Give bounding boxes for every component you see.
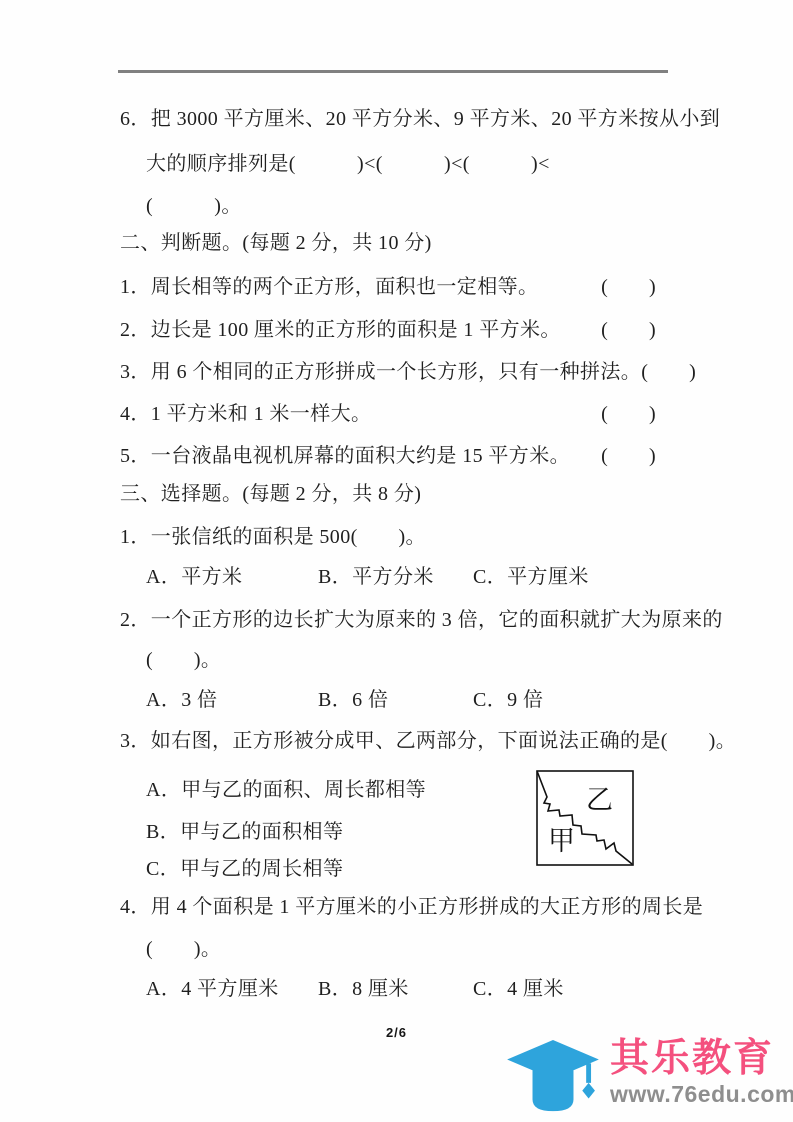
tf-item-3: 3．用 6 个相同的正方形拼成一个长方形，只有一种拼法。 ( ) — [120, 359, 656, 385]
mc-q4-option-c: C．4 厘米 — [473, 976, 564, 1002]
mc-q3-text: 3．如右图，正方形被分成甲、乙两部分，下面说法正确的是( )。 — [120, 728, 736, 754]
tf-answer-blank: ( ) — [601, 317, 656, 343]
header-rule — [118, 70, 668, 73]
tf-answer-blank: ( ) — [601, 401, 656, 427]
tf-item-1: 1．周长相等的两个正方形，面积也一定相等。 ( ) — [120, 274, 656, 300]
mc-q2-line2: ( )。 — [146, 647, 221, 673]
tf-item-4: 4．1 平方米和 1 米一样大。 ( ) — [120, 401, 656, 427]
mc-q2-option-a: A．3 倍 — [146, 687, 217, 713]
tf-item-text: 4．1 平方米和 1 米一样大。 — [120, 401, 371, 427]
graduation-cap-icon — [504, 1038, 602, 1118]
q6-line1: 6．把 3000 平方厘米、20 平方分米、9 平方米、20 平方米按从小到 — [120, 106, 720, 132]
mc-q1-option-a: A．平方米 — [146, 564, 242, 590]
mc-q4-line1: 4．用 4 个面积是 1 平方厘米的小正方形拼成的大正方形的周长是 — [120, 894, 703, 920]
mc-q2-option-b: B．6 倍 — [318, 687, 388, 713]
brand-name: 其乐教育 — [610, 1038, 793, 1080]
brand-logo: 其乐教育 www.76edu.com — [504, 1038, 793, 1118]
mc-q3-option-a: A．甲与乙的面积、周长都相等 — [146, 777, 426, 803]
mc-q1-text: 1．一张信纸的面积是 500( )。 — [120, 524, 426, 550]
brand-url: www.76edu.com — [610, 1082, 793, 1106]
tf-answer-blank: ( ) — [641, 359, 696, 385]
mc-q4-line2: ( )。 — [146, 936, 221, 962]
section3-title: 三、选择题。(每题 2 分，共 8 分) — [120, 481, 421, 507]
figure-label-yi: 乙 — [586, 785, 613, 815]
mc-q2-options: A．3 倍 B．6 倍 C．9 倍 — [146, 687, 686, 713]
section2-title: 二、判断题。(每题 2 分，共 10 分) — [120, 230, 432, 256]
mc-q4-options: A．4 平方厘米 B．8 厘米 C．4 厘米 — [146, 976, 686, 1002]
worksheet-page: 6．把 3000 平方厘米、20 平方分米、9 平方米、20 平方米按从小到 大… — [0, 0, 793, 1122]
tf-item-text: 2．边长是 100 厘米的正方形的面积是 1 平方米。 — [120, 317, 561, 343]
mc-q1-options: A．平方米 B．平方分米 C．平方厘米 — [146, 564, 686, 590]
mc-q3-option-b: B．甲与乙的面积相等 — [146, 819, 343, 845]
mc-q4-option-b: B．8 厘米 — [318, 976, 409, 1002]
mc-q2-line1: 2．一个正方形的边长扩大为原来的 3 倍，它的面积就扩大为原来的 — [120, 607, 723, 633]
brand-texts: 其乐教育 www.76edu.com — [610, 1038, 793, 1106]
tf-item-text: 1．周长相等的两个正方形，面积也一定相等。 — [120, 274, 538, 300]
q6-line2: 大的顺序排列是( )<( )<( )< — [146, 151, 550, 177]
tf-item-2: 2．边长是 100 厘米的正方形的面积是 1 平方米。 ( ) — [120, 317, 656, 343]
tf-answer-blank: ( ) — [601, 443, 656, 469]
mc-q1-option-c: C．平方厘米 — [473, 564, 589, 590]
tf-item-text: 3．用 6 个相同的正方形拼成一个长方形，只有一种拼法。 — [120, 359, 641, 385]
tf-item-text: 5．一台液晶电视机屏幕的面积大约是 15 平方米。 — [120, 443, 570, 469]
square-split-figure: 乙 甲 — [536, 770, 634, 866]
mc-q1-option-b: B．平方分米 — [318, 564, 434, 590]
q6-line3: ( )。 — [146, 193, 242, 219]
tf-answer-blank: ( ) — [601, 274, 656, 300]
mc-q3-option-c: C．甲与乙的周长相等 — [146, 856, 343, 882]
mc-q4-option-a: A．4 平方厘米 — [146, 976, 279, 1002]
mc-q2-option-c: C．9 倍 — [473, 687, 543, 713]
tf-item-5: 5．一台液晶电视机屏幕的面积大约是 15 平方米。 ( ) — [120, 443, 656, 469]
figure-label-jia: 甲 — [548, 826, 575, 856]
